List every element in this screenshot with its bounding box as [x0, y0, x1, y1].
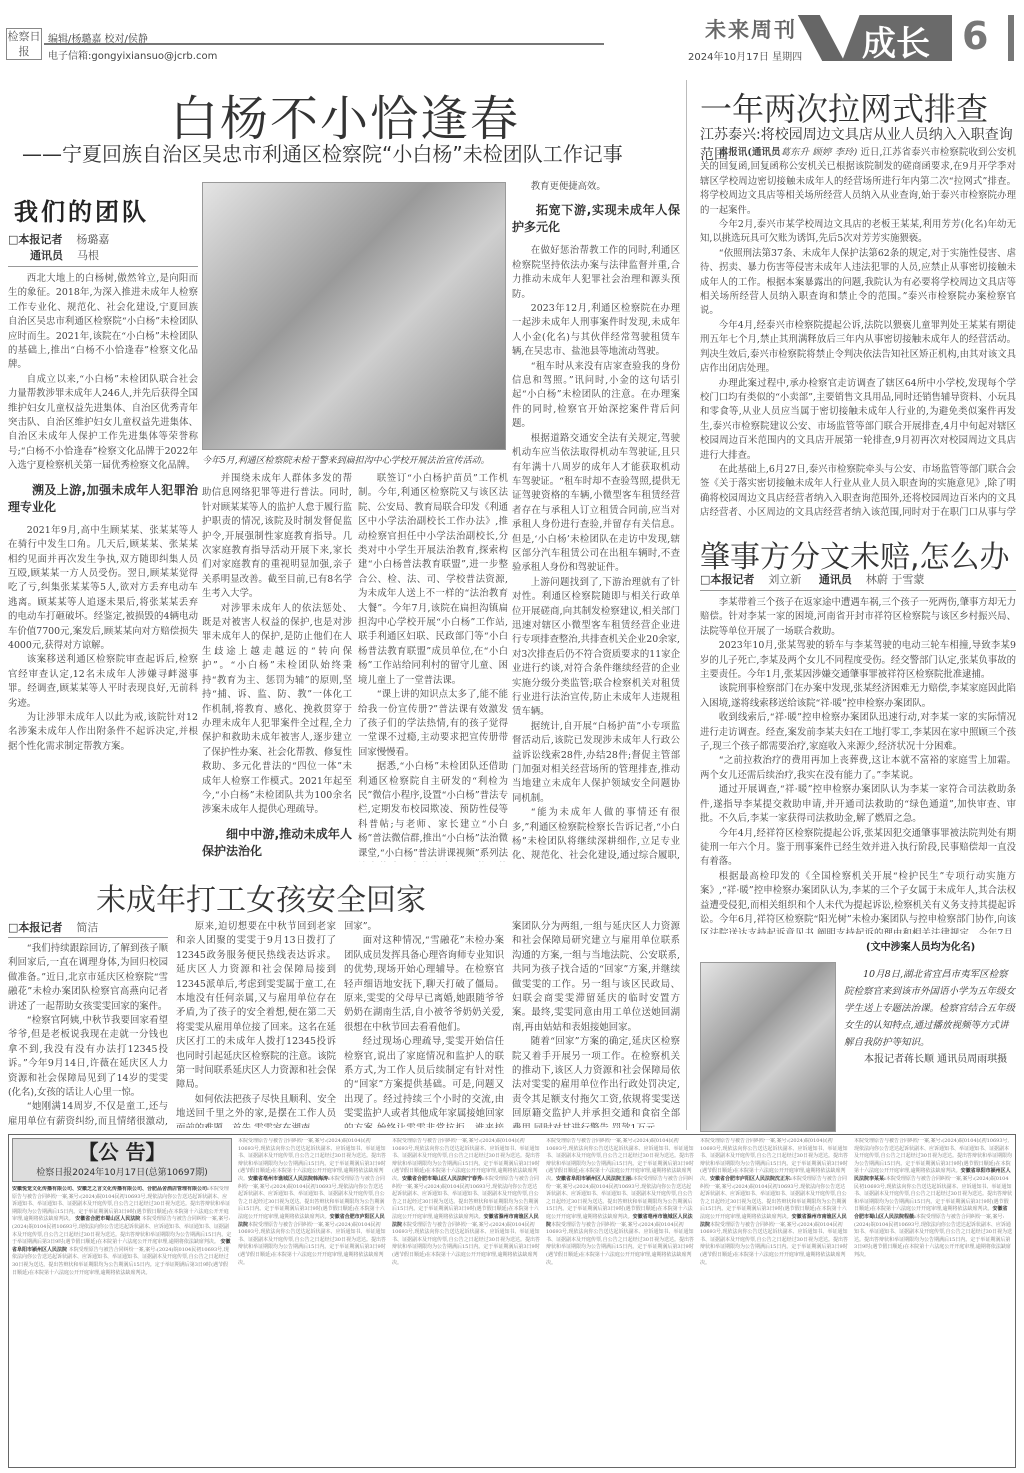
- notice-text: 本院受理原告与被告合同纠纷一案,案号:(2024)皖0104民初10693号,现…: [238, 1222, 386, 1266]
- paragraph: “之前拉救治疗的费用再加上丧葬费,这让本就不富裕的家庭雪上加霜。两个女儿还需后续…: [700, 754, 1016, 783]
- paragraph: 西北大地上的白杨树,傲然耸立,是向阳而生的象征。2018年,为深入推进未成年人检…: [8, 272, 198, 373]
- paragraph: 经过现场心理疏导,雯雯开始信任检察官,说出了家庭情况和监护人的联系方式,为工作人…: [344, 1035, 504, 1128]
- correspondent-name: 马根: [77, 249, 99, 262]
- photo-classroom-legal-lesson: [700, 962, 836, 1132]
- dateline-names: 葛东升 顾婷 李玲): [781, 147, 858, 158]
- correspondent-label: 通讯员: [819, 573, 852, 586]
- reporter-name: 杨璐嘉: [76, 233, 109, 246]
- notice-court: 安徽省阜阳市颍州区人民法院: [556, 1176, 621, 1182]
- paragraph: 李某带着三个孩子在返家途中遭遇车祸,三个孩子一死两伤,肇事方却无力赔偿。针对李某…: [700, 596, 1016, 639]
- notice-issue-line: 检察日报2024年10月17日(总第10697期): [13, 1165, 231, 1178]
- notice-text: 本院受理原告与被告合同纠纷一案,案号:(2024)皖0104民初10693号,现…: [546, 1222, 694, 1266]
- paragraph: 在此基础上,6月27日,泰兴市检察院牵头与公安、市场监管等部门联合会签《关于落实…: [700, 463, 1016, 518]
- notice-column-2: 本院受理原告与被告合同纠纷一案,案号:(2024)皖0104民初10693号,现…: [238, 1138, 386, 1464]
- notice-column-4: 本院受理原告与被告合同纠纷一案,案号:(2024)皖0104民初10693号,现…: [546, 1138, 694, 1464]
- paragraph: “能为未成年人做的事情还有很多,”利通区检察院检察长告诉记者,“小白杨”未检团队…: [512, 806, 680, 862]
- weekly-name: 未来周刊: [705, 14, 797, 44]
- paragraph: 为让涉罪未成年人以此为戒,该院针对12名涉案未成年人作出附条件不起诉决定,并根据…: [8, 711, 198, 754]
- paragraph: 收到线索后,“祥·暖”控申检察办案团队迅速行动,对李某一家的实际情况进行走访调查…: [700, 711, 1016, 754]
- page-number: 6: [962, 14, 988, 58]
- notice-column-3: 本院受理原告与被告合同纠纷一案,案号:(2024)皖0104民初10693号,现…: [392, 1138, 540, 1464]
- story3-byline: □本报记者刘立新 通讯员林蔚 于雪蒙: [700, 572, 1016, 588]
- newspaper-logo: 检察日报: [6, 28, 42, 60]
- notice-text: 本院受理原告与被告合同纠纷一案,案号:(2024)皖0104民初10693号,现…: [854, 1214, 1012, 1258]
- pseudonym-note: (文中涉案人员均为化名): [866, 938, 975, 953]
- paragraph: 据统计,自开展“白杨护苗”小专项监督活动后,该院已发现涉未成年人行政公益诉讼线索…: [512, 720, 680, 806]
- notice-court: 安徽省合肥市蜀山区人民法院: [75, 1216, 140, 1222]
- byline-rule: [8, 937, 168, 938]
- paragraph: 教育更便捷高效。: [512, 180, 680, 194]
- notice-entity: 韩海涛:: [313, 1176, 330, 1182]
- byline-rule: [8, 266, 198, 267]
- notice-entity: 沈正东:: [775, 1176, 792, 1182]
- paragraph: 通过开展调查,“祥·暖”控申检察办案团队认为李某一家符合司法救助条件,遂指导李某…: [700, 783, 1016, 826]
- paragraph: 上游问题找到了,下游治理就有了针对性。利通区检察院随即与相关行政单位开展磋商,向…: [512, 576, 680, 720]
- correspondent-name: 林蔚 于雪蒙: [866, 573, 925, 586]
- photo2-caption: 10月8日,湖北省宜昌市夷军区检察院检察官来到该市外国语小学为五年级女学生送上专…: [844, 966, 1016, 1128]
- story3-body: 李某带着三个孩子在返家途中遭遇车祸,三个孩子一死两伤,肇事方却无力赔偿。针对李某…: [700, 596, 1016, 934]
- lead-column-4: 教育更便捷高效。 拓宽下游,实现未成年人保护多元化 在做好惩治帮教工作的同时,利…: [512, 180, 680, 862]
- byline-rule: [700, 590, 1016, 591]
- notice-entity: 宁春秀:: [467, 1176, 484, 1182]
- reporter-label: □本报记者: [8, 921, 62, 934]
- story4-column-2: 原来,迫切想要在中秋节回到老家和亲人团聚的雯雯于9月13日拨打了12345政务服…: [176, 920, 336, 1128]
- paragraph: 随着“回家”方案的确定,延庆区检察院又着手开展另一项工作。在检察机关的推动下,该…: [512, 1035, 680, 1128]
- lead-byline: □本报记者杨璐嘉 通讯员马根: [8, 232, 198, 264]
- photo-credit: 本报记者蒋长顺 通讯员周雨琪摄: [844, 1051, 1016, 1068]
- column-logo-our-team: 我们的团队: [14, 192, 149, 227]
- reporter-label: □本报记者: [8, 233, 62, 246]
- subheading-upstream: 溯及上游,加强未成年人犯罪治理专业化: [8, 482, 198, 516]
- section-label: 成长: [862, 16, 930, 65]
- paragraph: 2021年9月,高中生顾某某、张某某等人在骑行中发生口角。几天后,顾某某、张某某…: [8, 524, 198, 654]
- notice-title: 【公 告】: [13, 1139, 231, 1165]
- paragraph: “她刚满14周岁,不仅是童工,还与雇用单位有薪资纠纷,而且情绪很激动,不愿意配合…: [8, 1100, 168, 1128]
- paragraph: 原来,迫切想要在中秋节回到老家和亲人团聚的雯雯于9月13日拨打了12345政务服…: [176, 920, 336, 1093]
- column-divider: [686, 80, 687, 1130]
- reporter-name: 简洁: [76, 921, 98, 934]
- notice-court: 安徽省合肥市庐阳区人民法院: [710, 1176, 775, 1182]
- notice-column-6: 本院受理原告与被告合同纠纷一案,案号:(2024)皖0104民初10693号,现…: [854, 1138, 1012, 1464]
- paragraph: 并围绕未成年人群体多发的帮助信息网络犯罪等进行普法。同时,针对顾某某等人的监护人…: [202, 472, 352, 602]
- paragraph: 自成立以来,“小白杨”未检团队联合社会力量帮教涉罪未成年人246人,并先后获得全…: [8, 373, 198, 474]
- paragraph: 该院刑事检察部门在办案中发现,张某经济困难无力赔偿,李某家庭因此陷入困境,遂将线…: [700, 682, 1016, 711]
- lead-photo-prosecutor-with-students: [202, 182, 506, 450]
- masthead-rule: [44, 43, 604, 45]
- paragraph: 今年2月,泰兴市某学校周边文具店的老板王某某,利用芳芳(化名)年幼无知,以挑选玩…: [700, 218, 1016, 247]
- notice-header: 【公 告】 检察日报2024年10月17日(总第10697期): [12, 1138, 232, 1182]
- correspondent-label: 通讯员: [30, 249, 63, 262]
- reporter-label: □本报记者: [700, 573, 754, 586]
- paragraph: 联签订“小白杨护苗员”工作机制。今年,利通区检察院又与该区法院、公安局、教育局联…: [358, 472, 508, 688]
- paragraph: 本报讯(通讯员葛东升 顾婷 李玲) 近日,江苏省泰兴市检察院收到公安机关的回复函…: [700, 146, 1016, 218]
- notice-entity: 李某某:: [869, 1176, 886, 1182]
- story3-headline: 肇事方分文未赔,怎么办: [700, 532, 1010, 576]
- lead-column-1: 西北大地上的白杨树,傲然耸立,是向阳而生的象征。2018年,为深入推进未成年人检…: [8, 272, 198, 862]
- subheading-midstream: 细中中游,推动未成年人保护法治化: [202, 826, 352, 860]
- notice-entity: 安徽悦觉文化传播有限公司、安徽芝之言文化传播有限公司、合肥品舍酒店管理有限公司:: [12, 1186, 209, 1192]
- story4-column-1: “我们持续跟踪回访,了解到孩子顺利回家后,一直在调理身体,为回归校园做准备。”近…: [8, 942, 168, 1128]
- paragraph: 案团队分为两组,一组与延庆区人力资源和社会保障局研究建立与雇用单位联系沟通的方案…: [512, 920, 680, 1035]
- paragraph: 2023年10月,张某驾驶的轿车与李某驾驶的电动三轮车相撞,导致李某9岁的儿子死…: [700, 639, 1016, 682]
- paragraph: “检察官阿姨,中秋节我要回家看望爷爷,但是老板说我现在走就一分钱也拿不到,我没有…: [8, 1014, 168, 1100]
- lead-photo-caption: 今年5月,利通区检察院未检干警来到扁担沟中心学校开展法治宣传活动。: [202, 453, 512, 466]
- lead-column-3: 联签订“小白杨护苗员”工作机制。今年,利通区检察院又与该区法院、公安局、教育局联…: [358, 472, 508, 862]
- paragraph: 据悉,“小白杨”未检团队还借助利通区检察院自主研发的“利检为民”微信小程序,设置…: [358, 760, 508, 862]
- notice-entity: 王丽:: [621, 1176, 633, 1182]
- paragraph: “课上讲的知识点太多了,能不能给我一份宣传册?”普法课有效激发了孩子们的学法热情…: [358, 688, 508, 760]
- paragraph: 根据道路交通安全法有关规定,驾驶机动车应当依法取得机动车驾驶证,且只有年满十八周…: [512, 432, 680, 576]
- paragraph: “依照刑法第37条、未成年人保护法第62条的规定,对于实施性侵害、虐待、拐卖、暴…: [700, 247, 1016, 319]
- paragraph: 办理此案过程中,承办检察官走访调查了辖区64所中小学校,发现每个学校门口均有类似…: [700, 377, 1016, 463]
- paragraph: “我们持续跟踪回访,了解到孩子顺利回家后,一直在调理身体,为回归校园做准备。”近…: [8, 942, 168, 1014]
- issue-date: 2024年10月17日 星期四: [688, 48, 802, 63]
- paragraph: 回家”。: [344, 920, 504, 934]
- story4-headline: 未成年打工女孩安全回家: [96, 875, 426, 919]
- notice-court: 安徽省亳州市谯城区人民法院: [248, 1176, 313, 1182]
- masthead-slash-decoration: [798, 15, 844, 61]
- paragraph: “租车时从来没有店家查验我的身份信息和驾照。”讯问时,小金的这句话引起“小白杨”…: [512, 360, 680, 432]
- lead-subheadline: ——宁夏回族自治区吴忠市利通区检察院“小白杨”未检团队工作记事: [22, 138, 623, 167]
- dateline-label: 本报讯(通讯员: [719, 147, 781, 158]
- page-bar-decoration: [1008, 15, 1014, 61]
- paragraph: 今年4月,经祥符区检察院提起公诉,张某因犯交通肇事罪被法院判处有期徒刑一年六个月…: [700, 827, 1016, 870]
- notice-text: 本院受理原告与被告合同纠纷一案,案号:(2024)皖0104民初10693号,现…: [392, 1222, 540, 1266]
- paragraph: 对涉罪未成年人的依法惩处、既是对被害人权益的保护,也是对涉罪未成年人的保护,是防…: [202, 602, 352, 818]
- notice-text: 本院受理原告与被告合同纠纷一案,案号:(2024)皖0104民初10693号,现…: [700, 1222, 848, 1266]
- story4-column-3: 回家”。 面对这种情况,“雪融花”未检办案团队成员发挥具备心理咨询师专业知识的优…: [344, 920, 504, 1128]
- notice-entity: 程薇:: [904, 1214, 916, 1220]
- paragraph: 如何依法把孩子尽快且顺利、安全地送回千里之外的家,是摆在工作人员面前的难题。首先…: [176, 1093, 336, 1128]
- paragraph: 在做好惩治帮教工作的同时,利通区检察院坚持依法办案与法律监督并重,合力推动未成年…: [512, 244, 680, 302]
- paragraph: 根据最高检印发的《全国检察机关开展“检护民生”专项行动实施方案》,“祥·暖”控申…: [700, 870, 1016, 934]
- lead-column-2: 并围绕未成年人群体多发的帮助信息网络犯罪等进行普法。同时,针对顾某某等人的监护人…: [202, 472, 352, 862]
- reporter-name: 刘立新: [768, 573, 801, 586]
- paragraph: 面对这种情况,“雪融花”未检办案团队成员发挥具备心理咨询师专业知识的优势,现场开…: [344, 934, 504, 1035]
- story4-byline: □本报记者简洁: [8, 920, 168, 936]
- story2-body: 本报讯(通讯员葛东升 顾婷 李玲) 近日,江苏省泰兴市检察院收到公安机关的回复函…: [700, 146, 1016, 518]
- notice-court: 安徽省合肥市蜀山区人民法院: [402, 1176, 467, 1182]
- notice-column-1: 安徽悦觉文化传播有限公司、安徽芝之言文化传播有限公司、合肥品舍酒店管理有限公司:…: [12, 1186, 232, 1464]
- notice-column-5: 本院受理原告与被告合同纠纷一案,案号:(2024)皖0104民初10693号,现…: [700, 1138, 848, 1464]
- email-line: 电子信箱:gongyixiansuo@jcrb.com: [48, 47, 217, 62]
- paragraph: 该案移送利通区检察院审查起诉后,检察官经审查认定,12名未成年人涉嫌寻衅滋事罪。…: [8, 653, 198, 711]
- caption-text: 10月8日,湖北省宜昌市夷军区检察院检察官来到该市外国语小学为五年级女学生送上专…: [844, 966, 1016, 1051]
- paragraph: 2023年12月,利通区检察院在办理一起涉未成年人刑事案件时发现,未成年人小金(…: [512, 302, 680, 360]
- story4-column-4: 案团队分为两组,一组与延庆区人力资源和社会保障局研究建立与雇用单位联系沟通的方案…: [512, 920, 680, 1128]
- paragraph: 今年4月,经泰兴市检察院提起公诉,法院以猥亵儿童罪判处王某某有期徒刑五年七个月,…: [700, 319, 1016, 377]
- subheading-downstream: 拓宽下游,实现未成年人保护多元化: [512, 202, 680, 236]
